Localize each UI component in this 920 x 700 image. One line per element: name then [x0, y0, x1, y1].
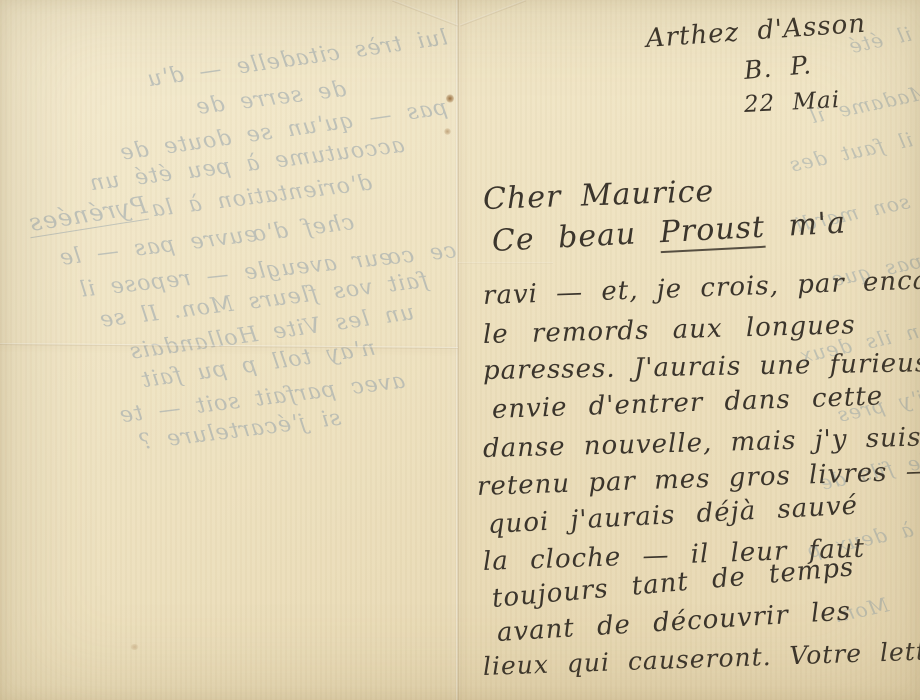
proust-line-pre: Ce beau: [491, 215, 661, 259]
page-left: Il lui très citadelle — d'u de serre de …: [0, 0, 458, 700]
body-line: ravi — et, je crois, par enca,: [482, 265, 920, 311]
horizontal-crease-right-page: [458, 262, 553, 264]
showthrough-underlined-word: Pyrénées: [26, 191, 149, 238]
body-line: envie d'entrer dans cette: [491, 381, 883, 425]
body-line: danse nouvelle, mais j'y suis: [483, 423, 920, 464]
letter-scan: Il lui très citadelle — d'u de serre de …: [0, 0, 920, 700]
proust-underlined-word: Proust: [659, 210, 766, 253]
salutation-line: Cher Maurice: [482, 174, 714, 217]
foxing-spot: [444, 128, 451, 135]
page-right: il été Madame il il faut des été son mar…: [458, 0, 920, 700]
foxing-spot: [446, 94, 454, 103]
proust-line-post: m'a: [764, 205, 847, 244]
dateline-region: B. P.: [743, 50, 813, 85]
showthrough-fragment: il faut des: [787, 127, 915, 177]
center-fold-crease: [456, 0, 459, 700]
foxing-spot: [130, 644, 139, 650]
body-line: paresses. J'aurais une furieuse: [483, 348, 920, 386]
dateline-date: 22 Mai: [743, 87, 840, 118]
dateline-place: Arthez d'Asson: [645, 9, 867, 54]
